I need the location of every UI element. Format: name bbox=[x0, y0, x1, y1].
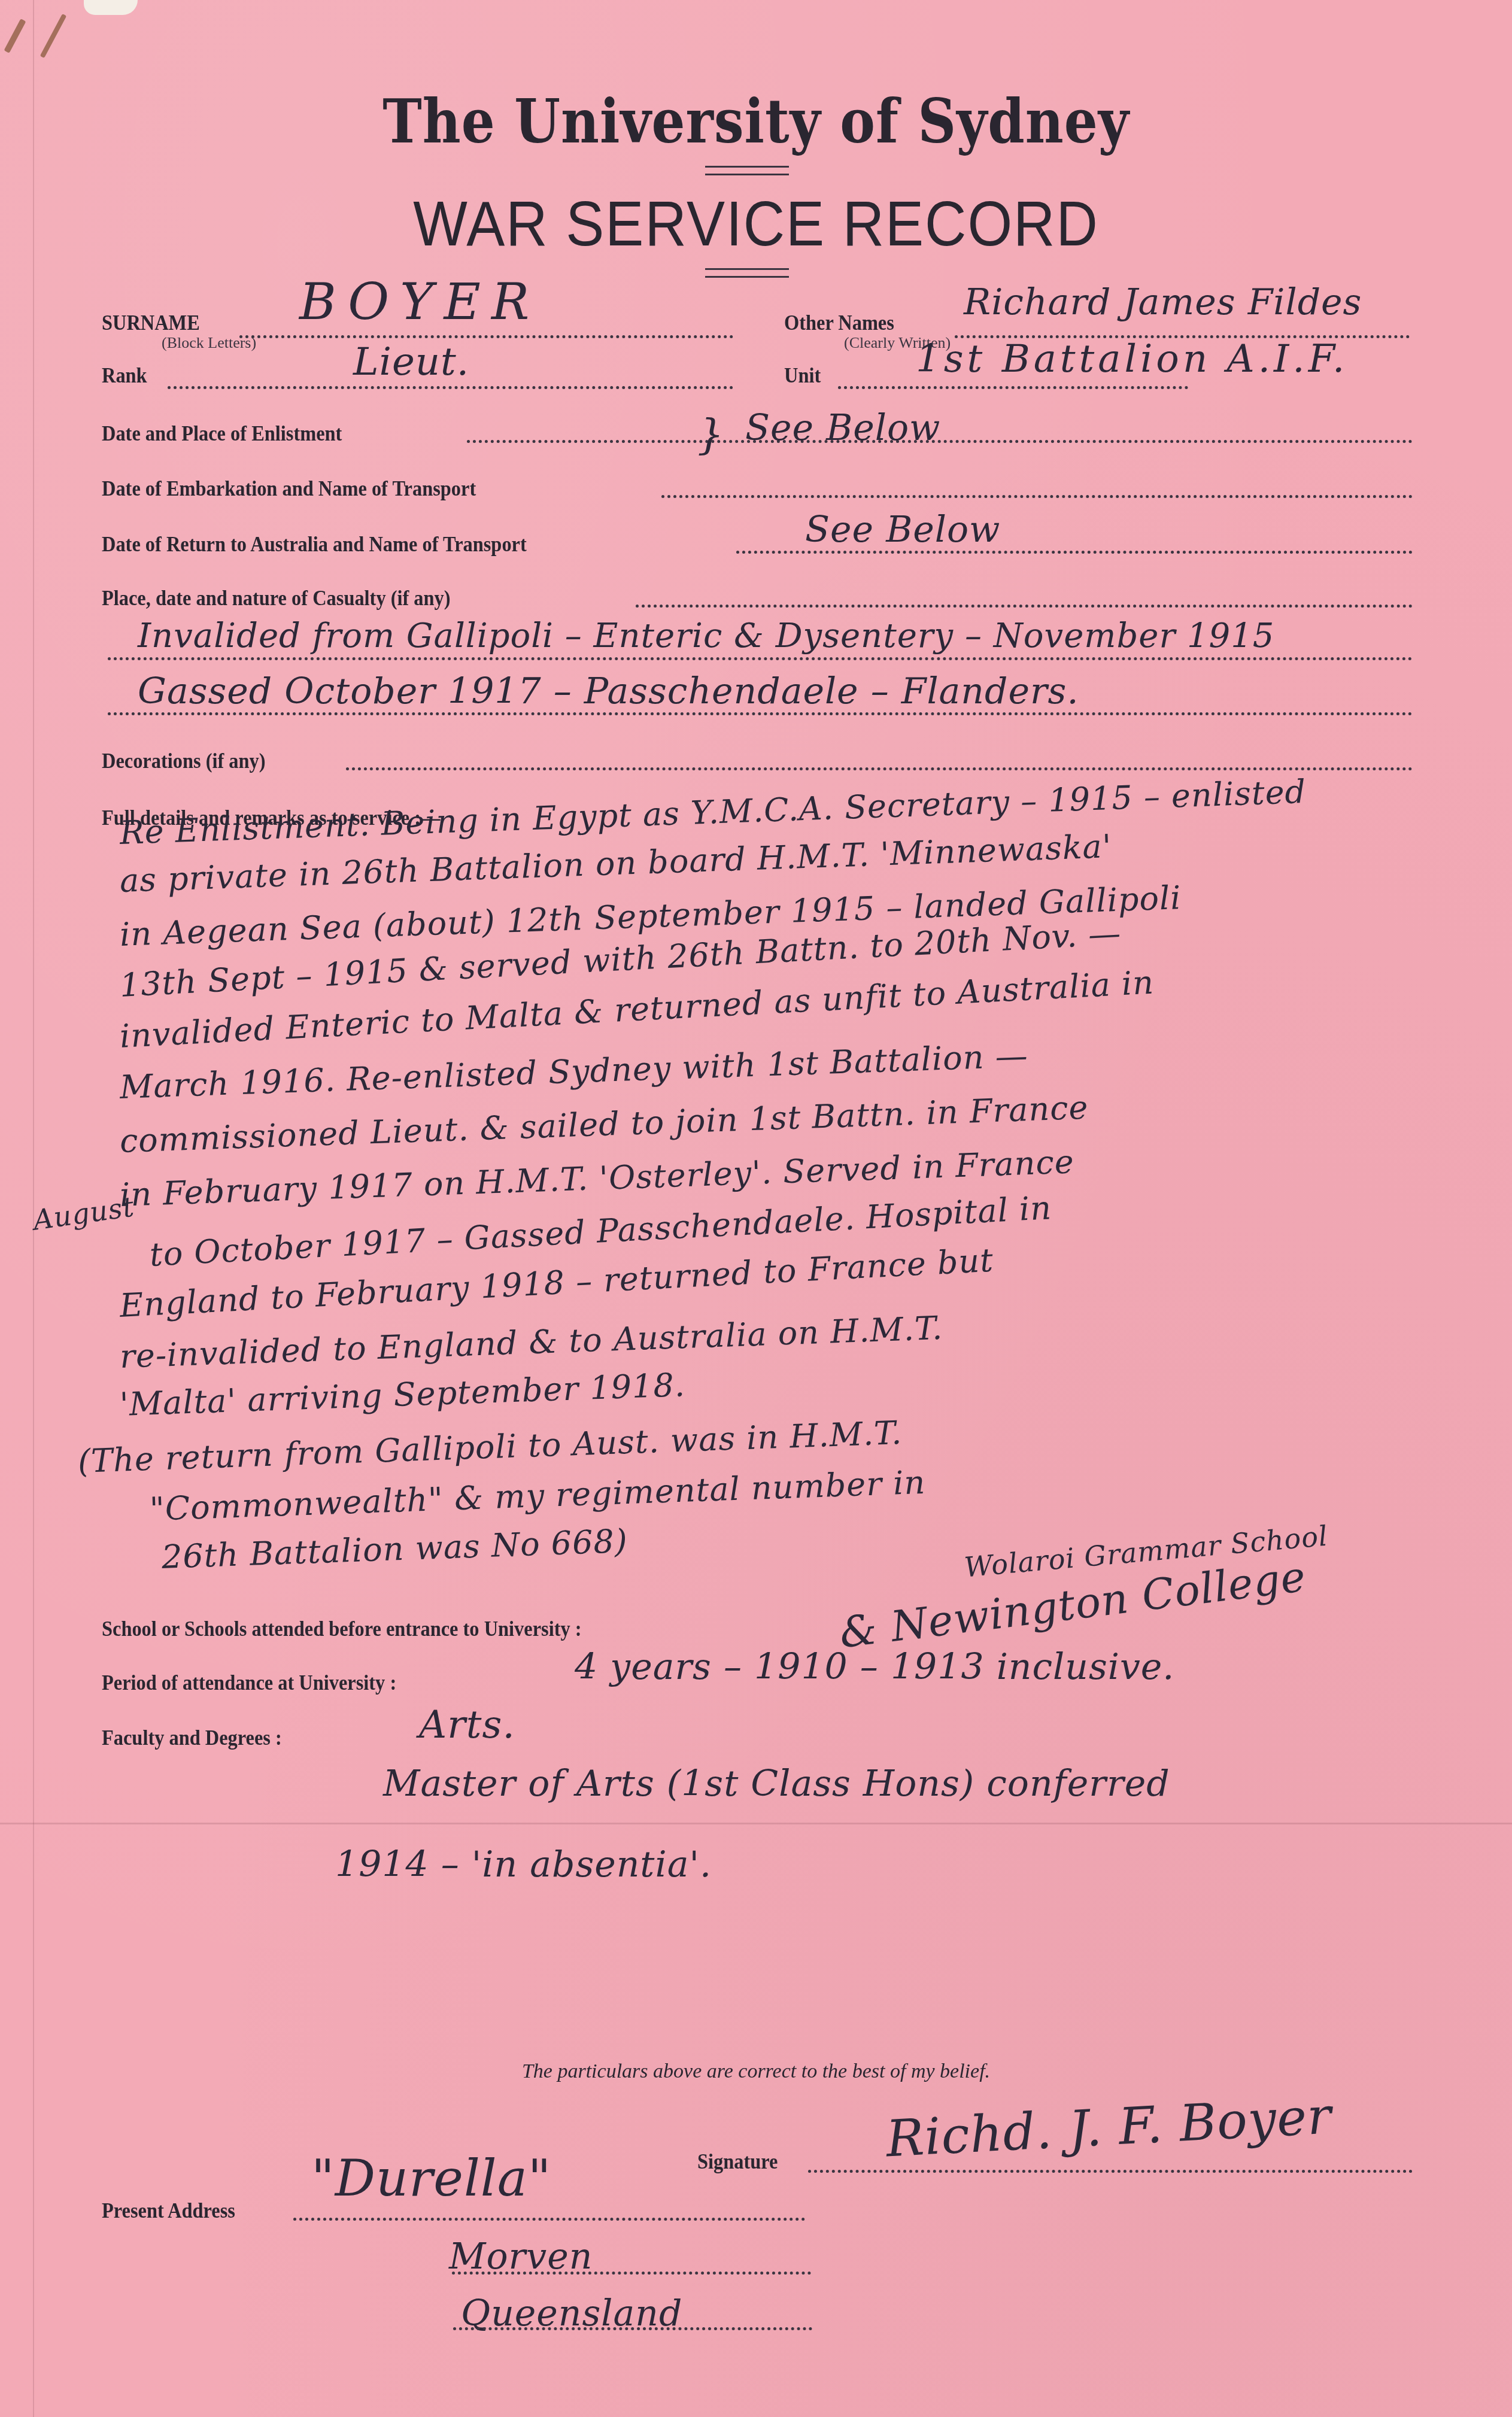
surname-label: SURNAME bbox=[102, 310, 200, 335]
fold-crease bbox=[0, 1823, 1512, 1824]
rank-line bbox=[168, 386, 733, 389]
schools-label: School or Schools attended before entran… bbox=[102, 1616, 582, 1641]
address-line bbox=[452, 2272, 811, 2275]
casualty-line-rule bbox=[108, 712, 1413, 715]
declaration-text: The particulars above are correct to the… bbox=[0, 2060, 1512, 2083]
address-line bbox=[453, 2327, 812, 2330]
address-label: Present Address bbox=[102, 2198, 235, 2223]
other-names-value[interactable]: Richard James Fildes bbox=[964, 281, 1362, 323]
faculty-value-3[interactable]: 1914 – 'in absentia'. bbox=[335, 1844, 712, 1885]
unit-label: Unit bbox=[784, 363, 821, 388]
signature-label: Signature bbox=[697, 2149, 778, 2174]
attendance-value[interactable]: 4 years – 1910 – 1913 inclusive. bbox=[575, 1646, 1174, 1688]
embarkation-label: Date of Embarkation and Name of Transpor… bbox=[102, 476, 476, 501]
enlistment-value[interactable]: See Below bbox=[745, 407, 940, 449]
casualty-line bbox=[636, 605, 1413, 608]
casualty-label: Place, date and nature of Casualty (if a… bbox=[102, 585, 451, 611]
address-value-1[interactable]: "Durella" bbox=[311, 2149, 551, 2208]
surname-value[interactable]: BOYER bbox=[299, 272, 540, 331]
rank-value[interactable]: Lieut. bbox=[353, 340, 469, 384]
attendance-label: Period of attendance at University : bbox=[102, 1670, 396, 1695]
surname-line bbox=[239, 335, 733, 338]
title-rule bbox=[705, 166, 789, 175]
embarkation-line bbox=[661, 495, 1413, 498]
faculty-label: Faculty and Degrees : bbox=[102, 1725, 282, 1750]
casualty-line-rule bbox=[108, 657, 1413, 660]
address-line bbox=[293, 2218, 805, 2221]
institution-title: The University of Sydney bbox=[0, 85, 1512, 157]
enlistment-label: Date and Place of Enlistment bbox=[102, 421, 342, 446]
faculty-value-2[interactable]: Master of Arts (1st Class Hons) conferre… bbox=[383, 1763, 1170, 1805]
paper-tear bbox=[84, 0, 138, 15]
form-title: WAR SERVICE RECORD bbox=[0, 189, 1512, 261]
casualty-line-1[interactable]: Invalided from Gallipoli – Enteric & Dys… bbox=[138, 617, 1275, 655]
brace-icon: } bbox=[697, 410, 725, 459]
unit-value[interactable]: 1st Battalion A.I.F. bbox=[916, 337, 1348, 381]
return-line bbox=[736, 551, 1413, 554]
return-label: Date of Return to Australia and Name of … bbox=[102, 532, 527, 557]
decorations-label: Decorations (if any) bbox=[102, 748, 266, 773]
return-value[interactable]: See Below bbox=[805, 509, 1000, 551]
rank-label: Rank bbox=[102, 363, 147, 388]
other-names-label: Other Names bbox=[784, 310, 894, 335]
faculty-value-1[interactable]: Arts. bbox=[419, 1703, 515, 1747]
surname-sublabel: (Block Letters) bbox=[162, 334, 256, 352]
title-rule bbox=[705, 268, 789, 278]
casualty-line-2[interactable]: Gassed October 1917 – Passchendaele – Fl… bbox=[138, 670, 1079, 712]
unit-line bbox=[838, 386, 1188, 389]
decorations-line bbox=[346, 767, 1413, 770]
signature-line bbox=[808, 2170, 1413, 2173]
